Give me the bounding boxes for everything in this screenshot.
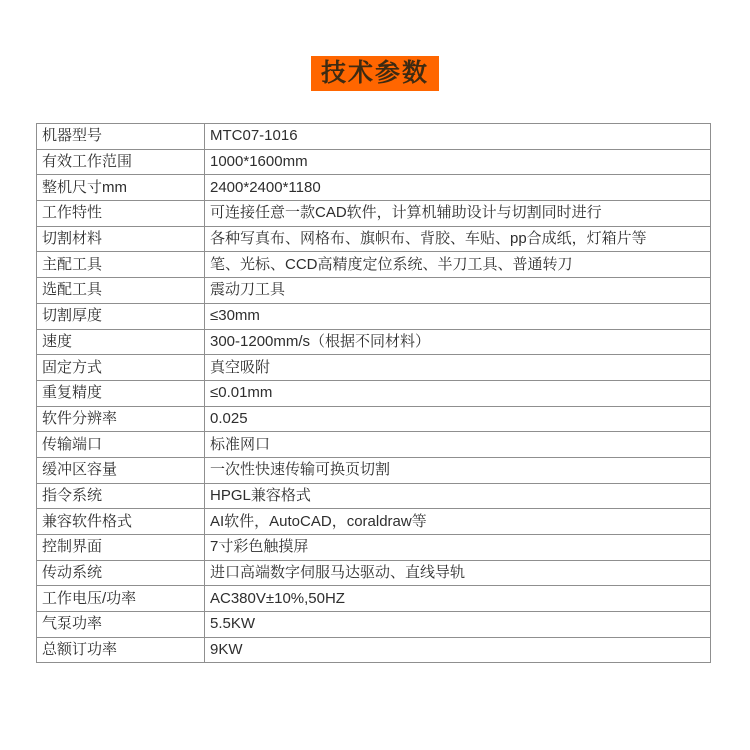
spec-value: 5.5KW [205,612,711,638]
spec-label: 工作特性 [37,201,205,227]
table-row: 切割材料各种写真布、网格布、旗帜布、背胶、车贴、pp合成纸，灯箱片等 [37,226,711,252]
spec-label: 选配工具 [37,278,205,304]
spec-label: 软件分辨率 [37,406,205,432]
spec-value: 9KW [205,637,711,663]
spec-value: 可连接任意一款CAD软件，计算机辅助设计与切割同时进行 [205,201,711,227]
spec-value: 300-1200mm/s（根据不同材料） [205,329,711,355]
spec-value: 进口高端数字伺服马达驱动、直线导轨 [205,560,711,586]
table-row: 传动系统进口高端数字伺服马达驱动、直线导轨 [37,560,711,586]
page-title: 技术参数 [311,56,439,91]
table-row: 工作电压/功率AC380V±10%,50HZ [37,586,711,612]
page-header: 技术参数 [0,56,750,91]
table-row: 有效工作范围1000*1600mm [37,149,711,175]
spec-table: 机器型号MTC07-1016有效工作范围1000*1600mm整机尺寸mm240… [36,123,711,663]
spec-value: 2400*2400*1180 [205,175,711,201]
spec-label: 切割材料 [37,226,205,252]
spec-value: 1000*1600mm [205,149,711,175]
table-row: 固定方式真空吸附 [37,355,711,381]
spec-value: ≤0.01mm [205,380,711,406]
spec-label: 重复精度 [37,380,205,406]
spec-value: AI软件，AutoCAD，coraldraw等 [205,509,711,535]
table-row: 兼容软件格式AI软件，AutoCAD，coraldraw等 [37,509,711,535]
table-row: 机器型号MTC07-1016 [37,124,711,150]
spec-label: 切割厚度 [37,303,205,329]
spec-label: 工作电压/功率 [37,586,205,612]
table-row: 传输端口标准网口 [37,432,711,458]
spec-value: AC380V±10%,50HZ [205,586,711,612]
table-row: 重复精度≤0.01mm [37,380,711,406]
spec-label: 缓冲区容量 [37,457,205,483]
spec-label: 控制界面 [37,535,205,561]
spec-value: 真空吸附 [205,355,711,381]
spec-label: 固定方式 [37,355,205,381]
spec-value: 7寸彩色触摸屏 [205,535,711,561]
table-row: 指令系统HPGL兼容格式 [37,483,711,509]
spec-label: 整机尺寸mm [37,175,205,201]
table-row: 软件分辨率0.025 [37,406,711,432]
spec-value: MTC07-1016 [205,124,711,150]
spec-value: 震动刀工具 [205,278,711,304]
spec-label: 总额订功率 [37,637,205,663]
spec-value: ≤30mm [205,303,711,329]
table-row: 缓冲区容量一次性快速传输可换页切割 [37,457,711,483]
spec-label: 传动系统 [37,560,205,586]
spec-value: 0.025 [205,406,711,432]
table-row: 切割厚度≤30mm [37,303,711,329]
spec-label: 机器型号 [37,124,205,150]
spec-value: 笔、光标、CCD高精度定位系统、半刀工具、普通转刀 [205,252,711,278]
table-row: 速度300-1200mm/s（根据不同材料） [37,329,711,355]
spec-label: 指令系统 [37,483,205,509]
table-row: 选配工具震动刀工具 [37,278,711,304]
spec-label: 气泵功率 [37,612,205,638]
table-row: 总额订功率9KW [37,637,711,663]
table-row: 控制界面7寸彩色触摸屏 [37,535,711,561]
spec-label: 传输端口 [37,432,205,458]
spec-label: 主配工具 [37,252,205,278]
spec-value: 标准网口 [205,432,711,458]
table-row: 气泵功率5.5KW [37,612,711,638]
spec-label: 兼容软件格式 [37,509,205,535]
spec-value: 各种写真布、网格布、旗帜布、背胶、车贴、pp合成纸，灯箱片等 [205,226,711,252]
table-row: 主配工具笔、光标、CCD高精度定位系统、半刀工具、普通转刀 [37,252,711,278]
spec-value: 一次性快速传输可换页切割 [205,457,711,483]
table-row: 工作特性可连接任意一款CAD软件，计算机辅助设计与切割同时进行 [37,201,711,227]
spec-label: 速度 [37,329,205,355]
spec-label: 有效工作范围 [37,149,205,175]
table-row: 整机尺寸mm2400*2400*1180 [37,175,711,201]
page: 技术参数 机器型号MTC07-1016有效工作范围1000*1600mm整机尺寸… [0,0,750,750]
spec-value: HPGL兼容格式 [205,483,711,509]
